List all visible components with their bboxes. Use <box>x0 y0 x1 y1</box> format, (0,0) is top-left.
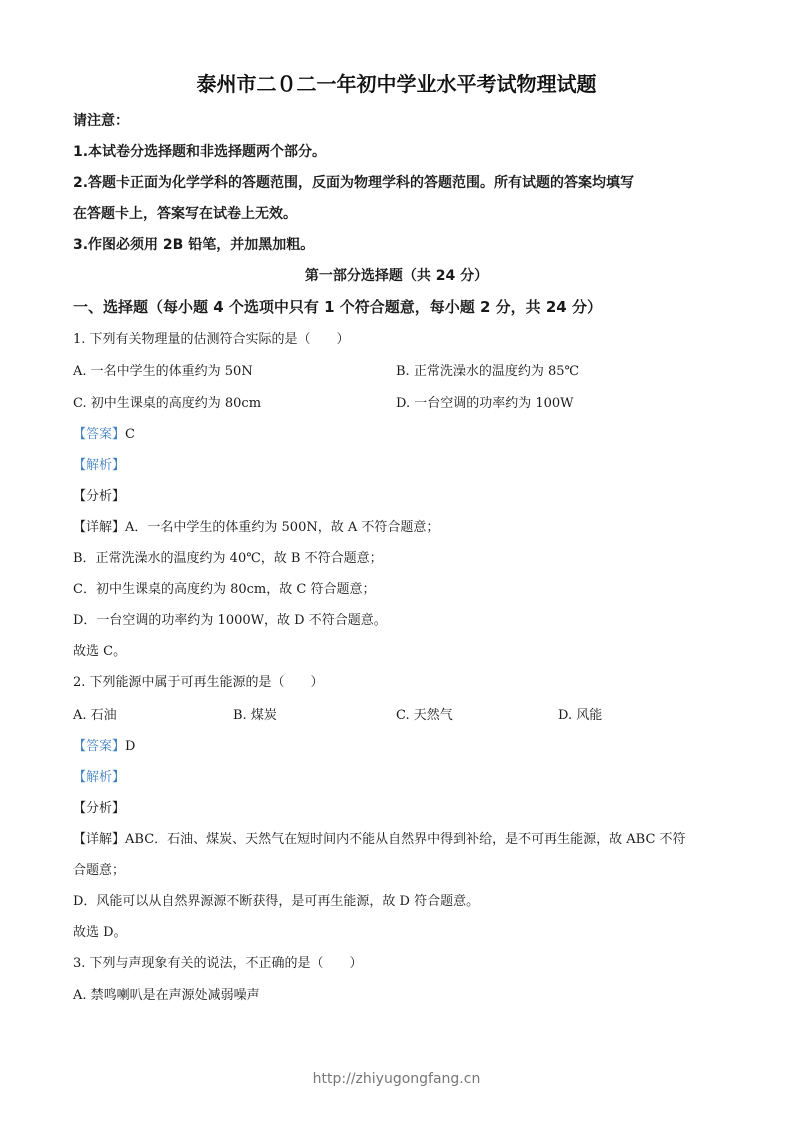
answer-line: 【答案】C <box>73 423 135 442</box>
answer-value: C <box>125 427 135 442</box>
detail-line: 【详解】ABC．石油、煤炭、天然气在短时间内不能从自然界中得到补给，是不可再生能… <box>73 828 686 847</box>
option-c: C. 初中生课桌的高度约为 80cm <box>73 392 261 411</box>
answer-line: 【答案】D <box>73 735 135 754</box>
detail-text: 合题意； <box>73 859 125 878</box>
option-b: B. 正常洗澡水的温度约为 85℃ <box>396 360 579 379</box>
notice-item: 1.本试卷分选择题和非选择题两个部分。 <box>73 141 326 161</box>
footer-url: http://zhiyugongfang.cn <box>0 1071 793 1087</box>
question-stem: 1. 下列有关物理量的估测符合实际的是（ ） <box>73 328 350 347</box>
detail-text: D．一台空调的功率约为 1000W，故 D 不符合题意。 <box>73 609 387 628</box>
detail-text: ABC．石油、煤炭、天然气在短时间内不能从自然界中得到补给，是不可再生能源，故 … <box>125 832 686 847</box>
notice-item: 在答题卡上，答案写在试卷上无效。 <box>73 203 297 223</box>
option-b: B. 煤炭 <box>233 704 277 723</box>
exam-page: 泰州市二０二一年初中学业水平考试物理试题 请注意： 1.本试卷分选择题和非选择题… <box>0 0 793 1122</box>
detail-label: 【详解】 <box>73 520 125 535</box>
detail-line: 【详解】A．一名中学生的体重约为 500N，故 A 不符合题意； <box>73 516 439 535</box>
option-c: C. 天然气 <box>396 704 453 723</box>
conclusion-text: 故选 D。 <box>73 921 127 940</box>
section-heading: 一、选择题（每小题 4 个选项中只有 1 个符合题意，每小题 2 分，共 24 … <box>73 296 602 317</box>
jiexi-label: 【解析】 <box>73 454 125 473</box>
detail-text: B．正常洗澡水的温度约为 40℃，故 B 不符合题意； <box>73 547 383 566</box>
answer-label: 【答案】 <box>73 427 125 442</box>
option-d: D. 一台空调的功率约为 100W <box>396 392 574 411</box>
part-heading: 第一部分选择题（共 24 分） <box>0 265 793 285</box>
notice-item: 3.作图必须用 2B 铅笔，并加黑加粗。 <box>73 234 314 254</box>
detail-text: A．一名中学生的体重约为 500N，故 A 不符合题意； <box>125 520 439 535</box>
option-a: A. 石油 <box>73 704 117 723</box>
notice-item: 2.答题卡正面为化学学科的答题范围，反面为物理学科的答题范围。所有试题的答案均填… <box>73 172 634 192</box>
question-stem: 2. 下列能源中属于可再生能源的是（ ） <box>73 671 324 690</box>
page-title: 泰州市二０二一年初中学业水平考试物理试题 <box>0 68 793 97</box>
option-a: A. 一名中学生的体重约为 50N <box>73 360 253 379</box>
notice-heading: 请注意： <box>73 110 129 130</box>
detail-label: 【详解】 <box>73 832 125 847</box>
option-a: A. 禁鸣喇叭是在声源处减弱噪声 <box>73 984 260 1003</box>
fenxi-label: 【分析】 <box>73 485 125 504</box>
jiexi-label: 【解析】 <box>73 766 125 785</box>
detail-text: C．初中生课桌的高度约为 80cm，故 C 符合题意； <box>73 578 375 597</box>
fenxi-label: 【分析】 <box>73 797 125 816</box>
question-stem: 3. 下列与声现象有关的说法，不正确的是（ ） <box>73 952 363 971</box>
answer-value: D <box>125 739 135 754</box>
option-d: D. 风能 <box>558 704 602 723</box>
detail-text: D．风能可以从自然界源源不断获得，是可再生能源，故 D 符合题意。 <box>73 890 479 909</box>
answer-label: 【答案】 <box>73 739 125 754</box>
conclusion-text: 故选 C。 <box>73 640 126 659</box>
